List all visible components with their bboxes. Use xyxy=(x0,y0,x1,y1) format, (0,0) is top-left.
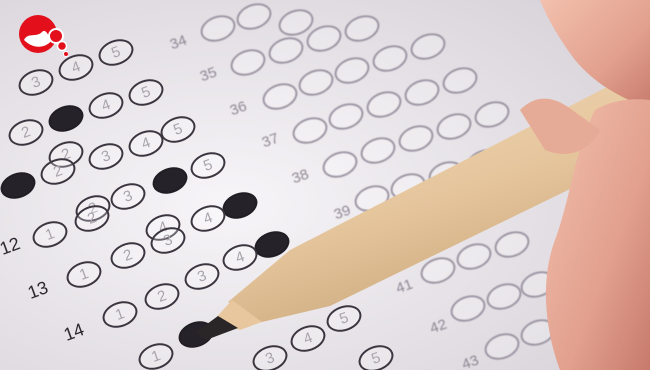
answer-sheet-photo: 3 4 5 4 5 2 2 3 4 5 2 3 5 2 4 4 12 1 2 2… xyxy=(0,0,650,370)
hand xyxy=(0,0,650,370)
red-bubble-logo xyxy=(16,10,68,62)
